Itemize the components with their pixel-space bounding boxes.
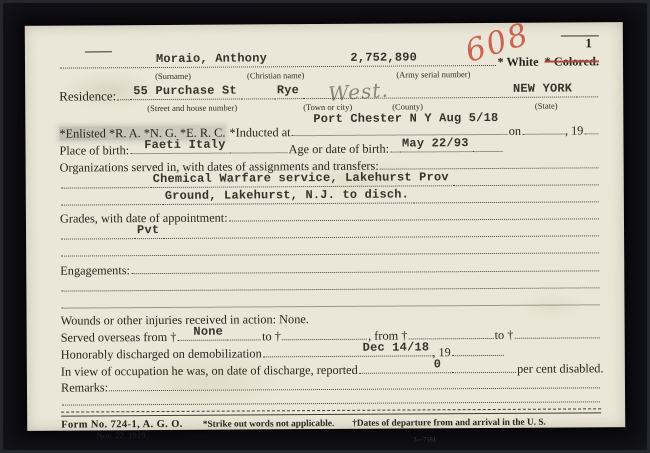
disability-percent-value: 0	[424, 358, 451, 373]
wounds-label: Wounds or other injuries received in act…	[61, 312, 309, 328]
service-record-card: 608 West. Port Chester N Y Aug 5/18 1 Mo…	[25, 22, 625, 431]
on-label: on	[509, 124, 521, 138]
place-of-birth-label: Place of birth:	[59, 143, 129, 157]
dagger-dates-note: †Dates of departure from and arrival in …	[352, 418, 546, 429]
town-value: Rye	[274, 84, 302, 99]
serial-value: 2,752,890	[347, 51, 420, 66]
county-caption: (County)	[392, 101, 423, 111]
place-of-birth-value: Faeti Italy	[141, 139, 229, 155]
name-value: Moraio, Anthony	[153, 52, 270, 68]
page-number-overline	[561, 35, 599, 36]
overseas-to1-label: to †	[262, 329, 281, 343]
year-19-label: , 19	[565, 123, 584, 137]
name-row: Moraio, Anthony 2,752,890 * White * Colo…	[59, 51, 599, 71]
inducted-at-label: *Inducted at	[229, 125, 290, 139]
page-number-block: 1	[561, 35, 599, 49]
top-marks-row: 1	[59, 34, 599, 52]
discharge-label: Honorably discharged on demobilization	[61, 346, 262, 361]
residence-row: Residence: 55 Purchase St Rye NEW YORK	[59, 83, 599, 103]
blank-line-4	[61, 391, 601, 408]
discharge-date-value: Dec 14/18	[360, 341, 433, 356]
state-caption: (State)	[535, 101, 558, 111]
residence-label: Residence:	[59, 89, 116, 103]
organizations-value-1: Chemical Warfare service, Lakehurst Prov	[150, 171, 452, 188]
card-content: 1 Moraio, Anthony 2,752,890 * White * Co…	[59, 34, 601, 424]
form-number: Form No. 724-1, A. G. O.	[61, 419, 183, 431]
surname-caption: (Surname)	[155, 71, 191, 81]
christian-name-caption: (Christian name)	[247, 70, 304, 80]
footer: Form No. 724-1, A. G. O. Nov. 22, 1919. …	[61, 416, 601, 440]
print-code: 3—7161	[413, 436, 436, 443]
form-date: Nov. 22, 1919.	[97, 430, 148, 440]
overseas-from1-value: None	[190, 326, 226, 341]
overseas-to2-label: to †	[495, 328, 514, 342]
page-number: 1	[585, 36, 592, 49]
birthdate-value: May 22/93	[399, 137, 472, 152]
age-or-birthdate-label: Age or date of birth:	[289, 142, 389, 157]
state-value: NEW YORK	[510, 82, 575, 97]
disability-post-label: per cent disabled.	[517, 361, 603, 376]
race-white-label: * White	[497, 55, 538, 69]
form-number-block: Form No. 724-1, A. G. O. Nov. 22, 1919.	[61, 419, 183, 441]
organizations-value-2: Ground, Lakehurst, N.J. to disch.	[162, 188, 412, 205]
town-caption: (Town or city)	[303, 102, 352, 112]
strike-out-note: *Strike out words not applicable.	[203, 419, 335, 430]
overseas-from1-label: Served overseas from †	[61, 330, 177, 345]
scan-background: 608 West. Port Chester N Y Aug 5/18 1 Mo…	[0, 0, 650, 453]
remarks-label: Remarks:	[61, 380, 108, 394]
footer-divider-rule	[61, 408, 601, 416]
serial-number-caption: (Army serial number)	[396, 69, 470, 79]
top-left-mark	[85, 51, 112, 52]
grade-value: Pvt	[134, 224, 162, 239]
street-caption: (Street and house number)	[147, 103, 237, 114]
race-colored-label-struck: * Colored.	[545, 54, 600, 68]
engagements-label: Engagements:	[60, 263, 130, 277]
street-value: 55 Purchase St	[130, 85, 240, 101]
